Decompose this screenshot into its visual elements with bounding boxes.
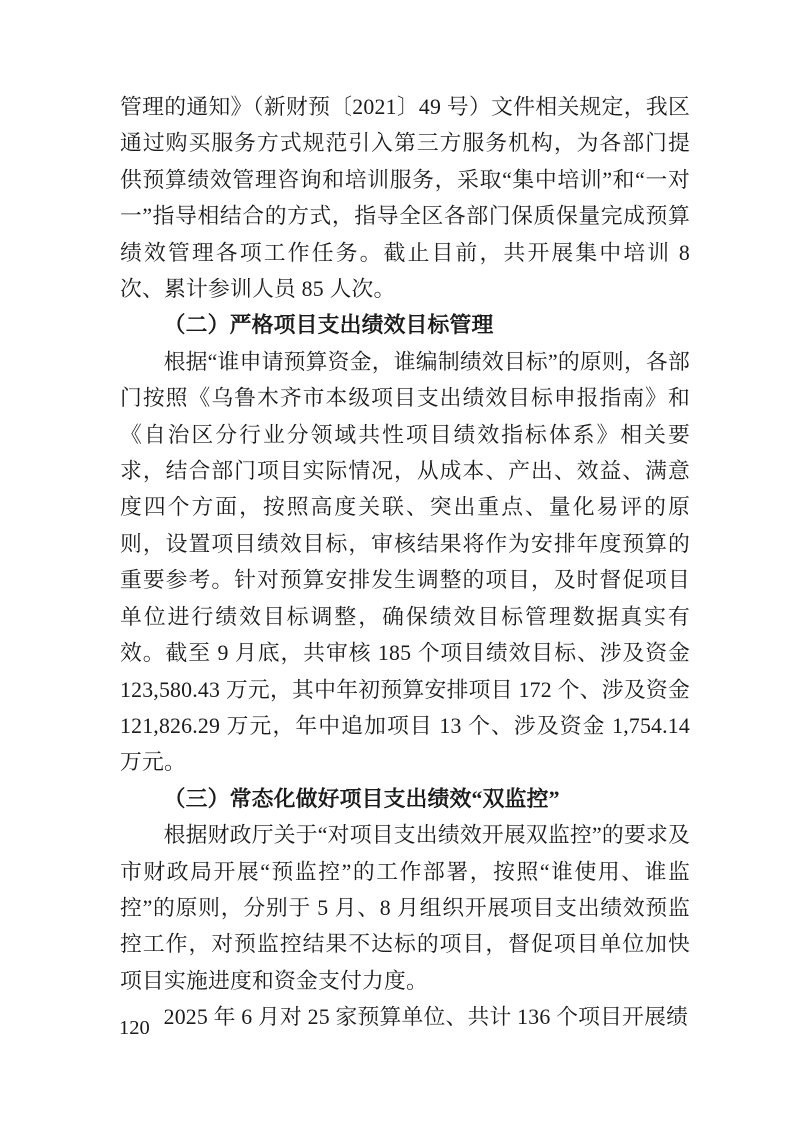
page-number: 120	[119, 1017, 150, 1039]
document-page: 管理的通知》（新财预〔2021〕49 号）文件相关规定，我区通过购买服务方式规范…	[0, 0, 793, 1122]
paragraph-continuation: 管理的通知》（新财预〔2021〕49 号）文件相关规定，我区通过购买服务方式规范…	[120, 89, 690, 307]
paragraph-goal-management: 根据“谁申请预算资金，谁编制绩效目标”的原则，各部门按照《乌鲁木齐市本级项目支出…	[120, 344, 690, 781]
paragraph-dual-monitoring: 根据财政厅关于“对项目支出绩效开展双监控”的要求及市财政局开展“预监控”的工作部…	[120, 817, 690, 999]
section-heading-3: （三）常态化做好项目支出绩效“双监控”	[120, 781, 690, 817]
section-heading-2: （二）严格项目支出绩效目标管理	[120, 307, 690, 343]
page-content: 管理的通知》（新财预〔2021〕49 号）文件相关规定，我区通过购买服务方式规范…	[120, 89, 690, 1036]
paragraph-2025-june: 2025 年 6 月对 25 家预算单位、共计 136 个项目开展绩	[120, 999, 690, 1035]
